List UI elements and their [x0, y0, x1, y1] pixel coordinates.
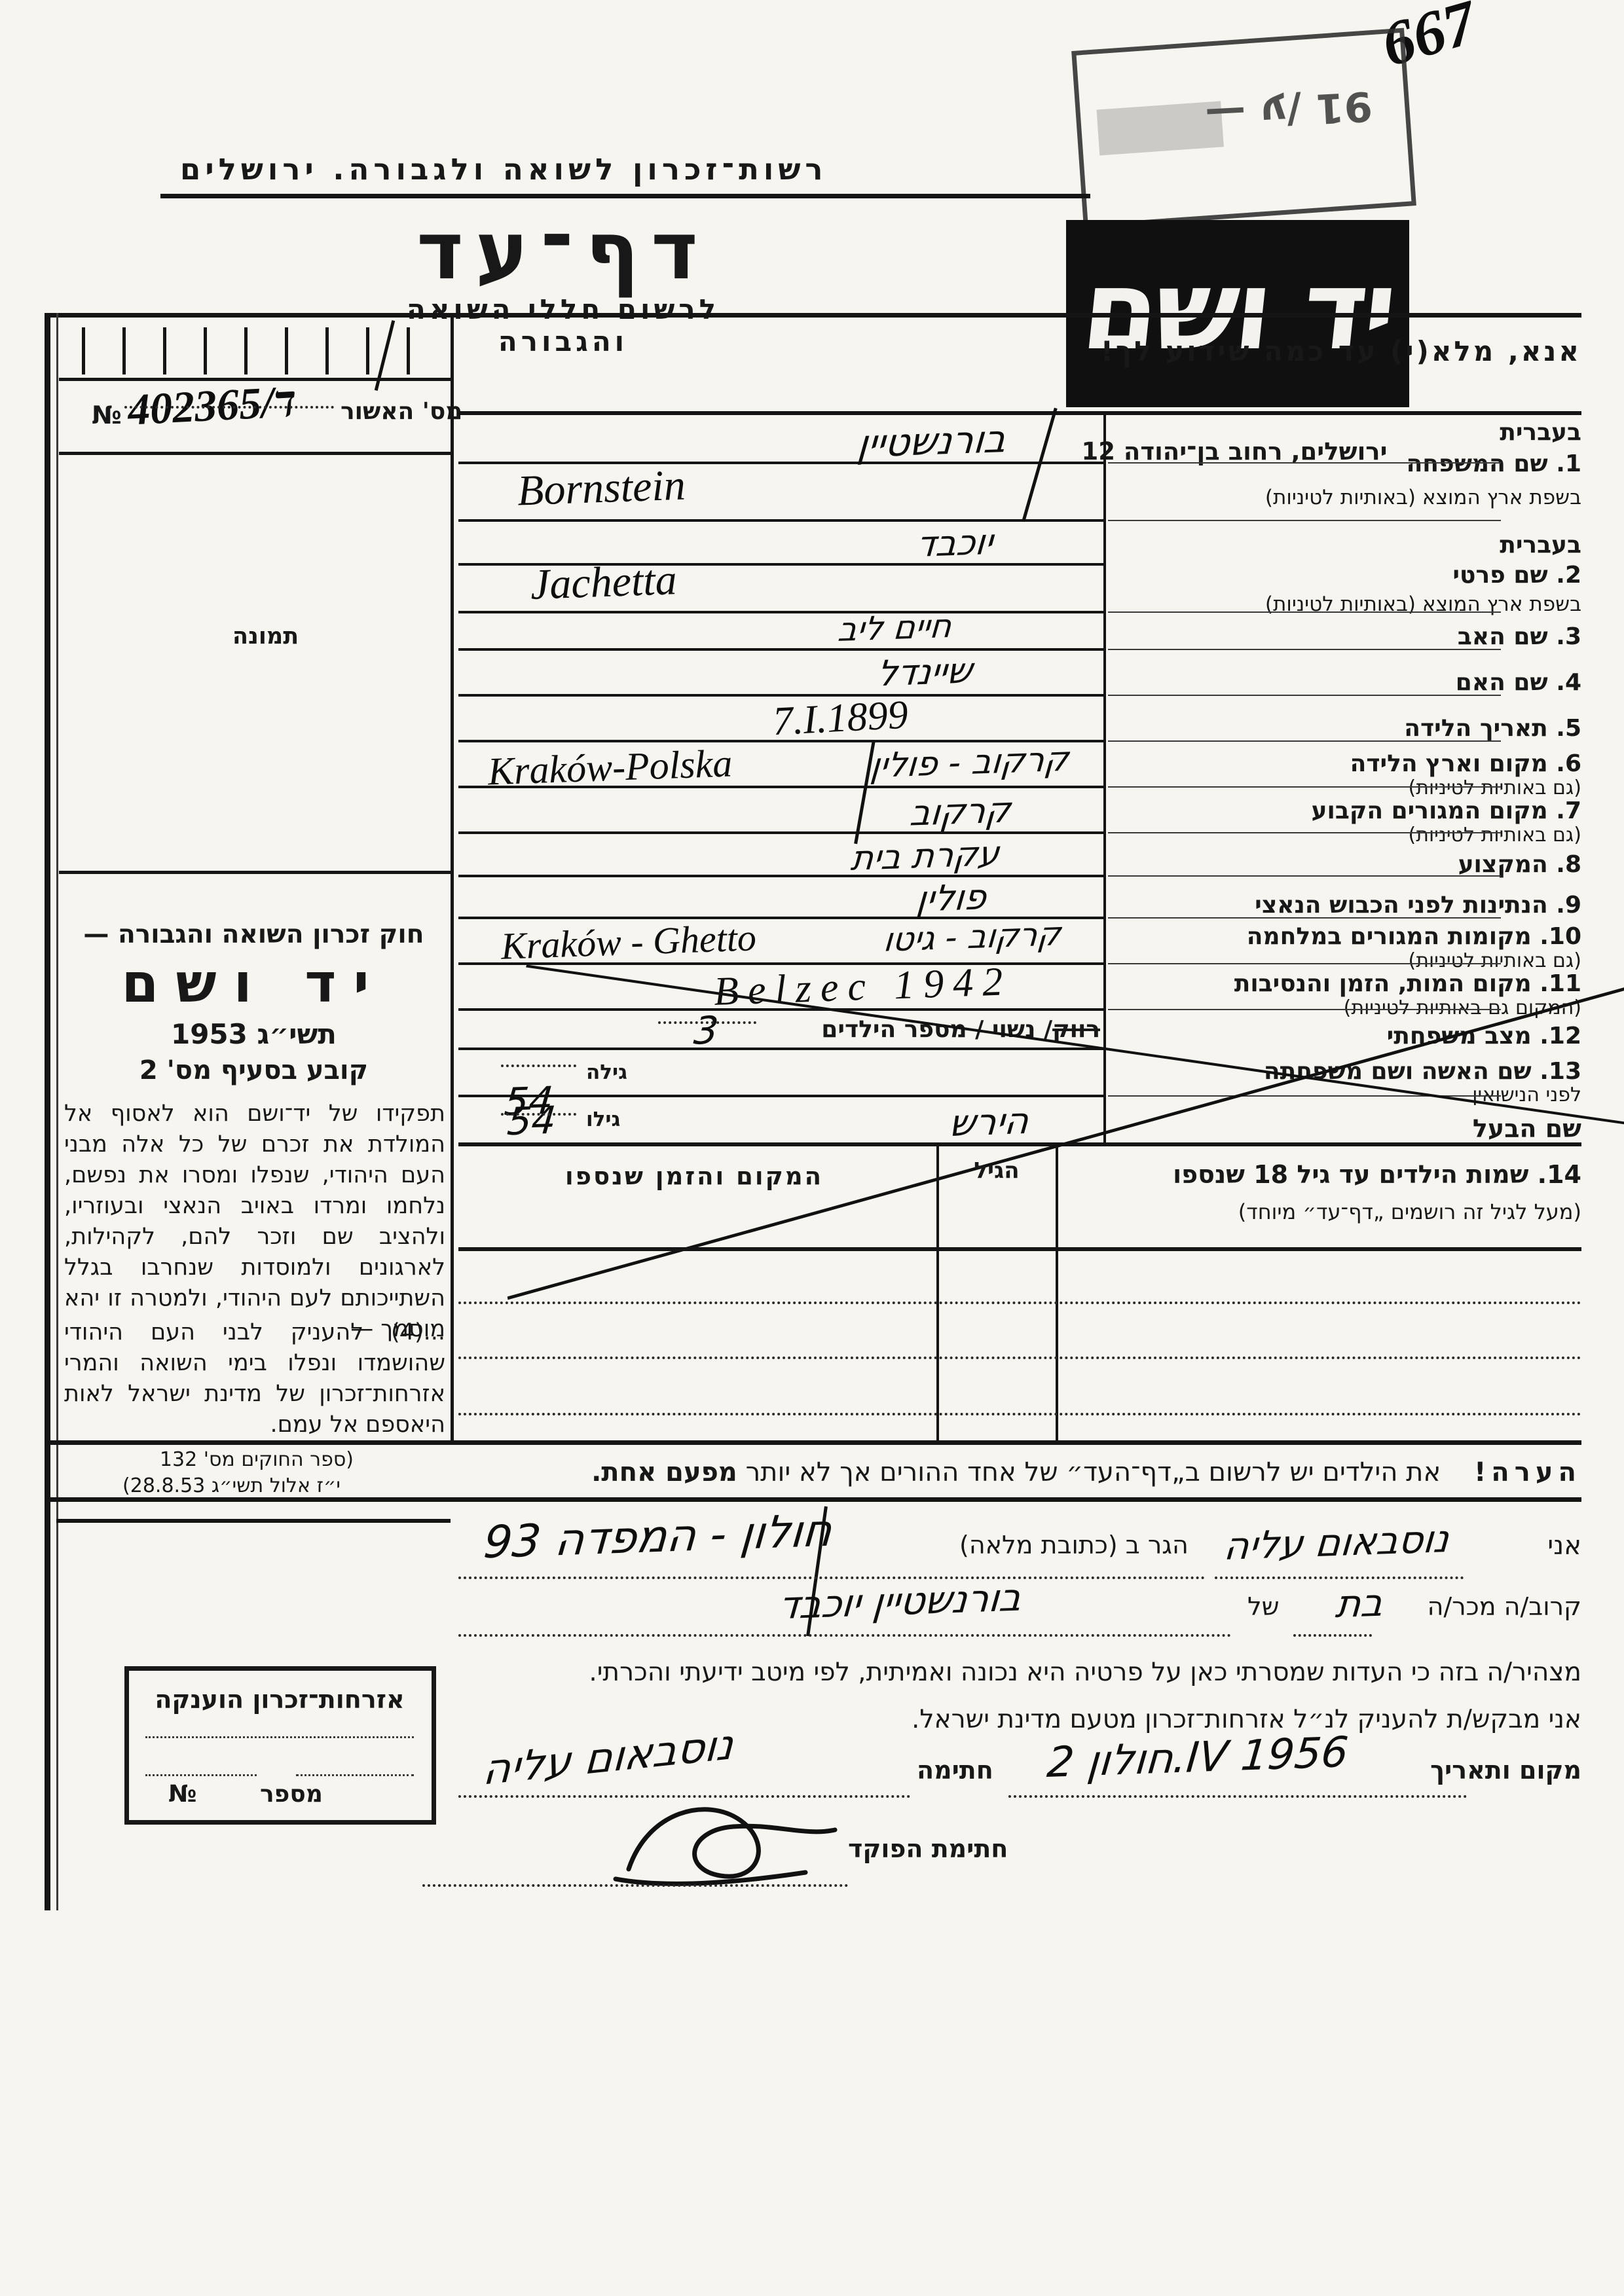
- table-row-dotted-3: [458, 1413, 1581, 1415]
- field-label-2: 2. שם פרטי: [1452, 562, 1581, 589]
- field-text: מקום המות, הזמן והנסיבות: [1234, 970, 1532, 997]
- war-residence-latin-handwritten: Kraków - Ghetto: [500, 915, 757, 968]
- field-label-3: 3. שם האב: [1458, 623, 1581, 650]
- table-row-dotted-2: [458, 1357, 1581, 1359]
- field-num: 7.: [1556, 797, 1581, 824]
- givenname-latin-handwritten: Jachetta: [530, 555, 678, 610]
- approval-number-symbol: №: [92, 401, 122, 429]
- field-label-1: 1. שם המשפחה: [1407, 450, 1581, 477]
- children-col-age: הגיל: [938, 1157, 1056, 1184]
- declarant-i-label: אני: [1547, 1531, 1581, 1561]
- form-intro: אנא, מלא(י) עד כמה שידוע לך!: [1101, 335, 1581, 367]
- note-label: הערה!: [1474, 1457, 1581, 1487]
- law-name: יד ושם: [62, 953, 445, 1015]
- approval-dotted-line: [124, 406, 334, 409]
- row-rule: [458, 694, 1103, 697]
- granted-title: אזרחות־זכרון הוענקה: [136, 1685, 424, 1714]
- war-residence-hebrew-handwritten: קרקוב - גיטו: [882, 915, 1062, 958]
- granted-dotted-2: [145, 1774, 257, 1776]
- field-label-11: 11. מקום המות, הזמן והנסיבות: [1234, 970, 1581, 997]
- field-num: 2.: [1556, 562, 1581, 589]
- row-rule: [458, 519, 1103, 522]
- field-label-6: 6. מקום וארץ הלידה: [1350, 750, 1581, 777]
- field-text: המקצוע: [1458, 851, 1548, 878]
- sidebar-bottom-rule: [56, 1519, 451, 1523]
- official-signature-dotted: [422, 1884, 848, 1887]
- field-label-9: 9. הנתינות לפני הכבוש הנאצי: [1255, 892, 1581, 919]
- surname-hebrew-handwritten: בורנשטיין: [856, 416, 1008, 466]
- field-num: 8.: [1556, 851, 1581, 878]
- granted-dotted-1: [145, 1736, 414, 1738]
- row-rule: [458, 875, 1103, 877]
- field-num: 11.: [1540, 970, 1581, 997]
- granted-number-symbol: №: [168, 1781, 196, 1808]
- surname-latin-handwritten: Bornstein: [517, 461, 686, 517]
- form-title: דף־עד: [399, 204, 727, 297]
- of-name-handwritten: בורנשטיין יוכבד: [777, 1575, 1023, 1628]
- field-text: תאריך הלידה: [1404, 715, 1547, 742]
- husband-age-label: גילו: [586, 1108, 620, 1131]
- row-rule-label: [1108, 963, 1501, 964]
- husband-age-dotted: [501, 1113, 576, 1116]
- declarant-name-handwritten: נוסבאום עליה: [1222, 1516, 1450, 1569]
- law-section: קובע בסעיף מס' 2: [62, 1055, 445, 1085]
- official-signature-label: חתימת הפוקד: [848, 1834, 1008, 1863]
- row-rule-label: [1108, 462, 1501, 464]
- row-rule-label: [1108, 1009, 1501, 1010]
- field-text: הנתינות לפני הכבוש הנאצי: [1255, 892, 1548, 919]
- row-rule: [458, 462, 1103, 464]
- row-rule-label: [1108, 875, 1501, 877]
- page-left-border-inner: [56, 313, 58, 1910]
- field-label-10: 10. מקומות המגורים במלחמה: [1247, 923, 1581, 950]
- row-rule-label: [1108, 520, 1501, 521]
- page-left-border: [45, 313, 50, 1910]
- photo-box-bottom: [59, 871, 451, 874]
- law-body-1: תפקידו של יד־ושם הוא לאסוף אל המולדת את …: [64, 1099, 445, 1345]
- place-date-label: מקום ותאריך: [1430, 1756, 1581, 1785]
- field-num: 6.: [1556, 750, 1581, 777]
- row-rule-label: [1108, 740, 1501, 742]
- declaration-statement: מצהיר/ה בזה כי העדות שמסרתי כאן על פרטיה…: [468, 1658, 1581, 1687]
- children-header: 14. שמות הילדים עד גיל 18 שנספו: [1097, 1160, 1581, 1189]
- field-lang-1: בעברית: [1500, 419, 1581, 446]
- field-text: מקומות המגורים במלחמה: [1247, 923, 1532, 950]
- field-text: מקום וארץ הלידה: [1350, 750, 1548, 777]
- residence-handwritten: קרקוב: [908, 789, 1012, 833]
- mother-name-handwritten: שיינדל: [876, 650, 974, 695]
- birthdate-handwritten: 7.I.1899: [771, 692, 909, 746]
- residing-label: הגר ב (כתובת מלאה): [959, 1531, 1189, 1559]
- field-label-4: 4. שם האם: [1456, 669, 1581, 696]
- citizenship-handwritten: פולין: [915, 876, 988, 920]
- declaration-dotted-2b: [1293, 1634, 1372, 1637]
- field-sub-11: (המקום גם באותיות לטיניות): [1344, 996, 1581, 1019]
- granted-box: אזרחות־זכרון הוענקה № מספר: [124, 1666, 436, 1825]
- row-rule-label: [1108, 695, 1501, 696]
- note-body-bold: מפעם אחת.: [591, 1457, 737, 1487]
- place-date-handwritten: חולון 2.IV 1956: [1045, 1728, 1350, 1787]
- approval-underline: [59, 452, 451, 455]
- table-vertical-2: [1056, 1146, 1058, 1441]
- children-header-note: (מעל לגיל זה רושמים „דף־עד״ מיוחד): [1097, 1199, 1581, 1224]
- children-count-handwritten: 3: [692, 1008, 720, 1053]
- birthplace-latin-handwritten: Kraków-Polska: [487, 741, 733, 795]
- form-subtitle: לרשום חללי השואה והגבורה: [386, 293, 740, 357]
- of-label: של: [1247, 1592, 1280, 1621]
- field-lang-2: בעברית: [1500, 532, 1581, 558]
- father-name-handwritten: חיים ליב: [836, 607, 953, 649]
- relation-value-handwritten: בת: [1334, 1580, 1385, 1626]
- declaration-dotted-1: [458, 1576, 1205, 1579]
- row-rule-label: [1108, 832, 1501, 833]
- note-body: את הילדים יש לרשום ב„דף־העד״ של אחד ההור…: [746, 1457, 1441, 1487]
- declarant-address-handwritten: חולון - המפדה 93: [482, 1505, 834, 1569]
- granted-dotted-3: [296, 1774, 414, 1776]
- death-place-handwritten: Belzec 1942: [713, 958, 1012, 1015]
- note-top-rule: [49, 1440, 1581, 1445]
- declaration-dotted-2: [458, 1634, 1231, 1637]
- field-num: 3.: [1556, 623, 1581, 650]
- left-column-right-border: [451, 313, 454, 1440]
- children-col-place: המקום והזמן שנספו: [458, 1162, 930, 1190]
- field-sub-10: (גם באותיות לטיניות): [1409, 949, 1581, 972]
- ink-stroke-2: [854, 740, 876, 844]
- header-rule: [160, 194, 1090, 198]
- row-rule-label: [1108, 611, 1501, 613]
- approval-number-label: מס' האשור: [341, 398, 462, 425]
- table-header-rule: [458, 1247, 1581, 1251]
- row-rule: [458, 1048, 1103, 1050]
- row-rule: [458, 611, 1103, 613]
- top-rule: [45, 313, 1581, 318]
- file-stamp: ע/ 91 —: [1071, 28, 1416, 229]
- field-text: שם פרטי: [1452, 562, 1547, 589]
- field-text: שם האב: [1458, 623, 1548, 650]
- profession-handwritten: עקרת בית: [849, 834, 1001, 879]
- label-column-divider: [1103, 411, 1106, 1144]
- testimony-page: 667 ע/ 91 — יד ושם ירושלים, רחוב בן־יהוד…: [0, 0, 1624, 2296]
- field-sub-6: (גם באותיות לטיניות): [1409, 776, 1581, 799]
- field-label-8: 8. המקצוע: [1458, 851, 1581, 878]
- field-num: 5.: [1556, 715, 1581, 742]
- field-num: 9.: [1556, 892, 1581, 919]
- table-top-rule: [458, 1142, 1581, 1146]
- table-vertical-1: [936, 1146, 939, 1441]
- authority-title: רשות־זכרון לשואה ולגבורה. ירושלים: [180, 152, 828, 187]
- birthplace-hebrew-handwritten: קרקוב - פולין: [869, 740, 1071, 786]
- family-status-single-struck: רווק: [1052, 1016, 1100, 1043]
- law-body-2: ...(4) להעניק לבני העם היהודי שהושמדו ונ…: [64, 1317, 445, 1440]
- note-line: הערה! את הילדים יש לרשום ב„דף־העד״ של אח…: [88, 1457, 1581, 1487]
- declaration-dotted-1b: [1215, 1576, 1464, 1579]
- field-sub-7: (גם באותיות לטיניות): [1409, 824, 1581, 847]
- wife-age-dotted: [501, 1065, 576, 1067]
- row-rule: [458, 831, 1103, 834]
- field-text: מקום המגורים הקבוע: [1312, 797, 1548, 824]
- row-rule-label: [1108, 786, 1501, 788]
- note-bottom-rule: [49, 1497, 1581, 1502]
- table-row-dotted-1: [458, 1302, 1581, 1304]
- declaration-request: אני מבקש/ת להעניק לנ״ל אזרחות־זכרון מטעם…: [468, 1705, 1581, 1734]
- photo-placeholder-label: תמונה: [232, 623, 299, 649]
- field-num: 1.: [1556, 450, 1581, 477]
- form-top-rule: [458, 411, 1581, 415]
- granted-number-label: מספר: [260, 1781, 323, 1808]
- field-num: 10.: [1540, 923, 1581, 950]
- field-sub-1: בשפת ארץ המוצא (באותיות לטיניות): [1265, 486, 1581, 509]
- relation-label: קרוב/ה מכר/ה: [1428, 1592, 1581, 1621]
- husband-name-handwritten: הירש: [948, 1100, 1031, 1145]
- field-label-husband: שם הבעל: [1473, 1114, 1581, 1143]
- field-label-7: 7. מקום המגורים הקבוע: [1312, 797, 1581, 824]
- row-rule: [458, 648, 1103, 651]
- stamp-text: ע/ 91 —: [1204, 82, 1374, 139]
- law-title: חוק זכרון השואה והגבורה —: [62, 920, 445, 949]
- law-year: תשי״ג 1953: [62, 1018, 445, 1050]
- givenname-hebrew-handwritten: יוכבד: [915, 521, 995, 565]
- field-label-5: 5. תאריך הלידה: [1404, 715, 1581, 742]
- place-date-dotted: [1008, 1795, 1467, 1798]
- family-status-rest: / נשוי / מספר הילדים: [821, 1016, 1052, 1043]
- husband-age-handwritten: 54: [506, 1098, 558, 1144]
- row-rule-label: [1108, 649, 1501, 650]
- field-text: שם המשפחה: [1407, 450, 1548, 477]
- row-rule-label: [1108, 917, 1501, 919]
- wife-age-label: גילה: [586, 1061, 627, 1084]
- field-text: שם האם: [1456, 669, 1548, 696]
- signature-label: חתימה: [917, 1756, 993, 1785]
- field-num: 4.: [1556, 669, 1581, 696]
- children-count-dotted: [658, 1021, 756, 1024]
